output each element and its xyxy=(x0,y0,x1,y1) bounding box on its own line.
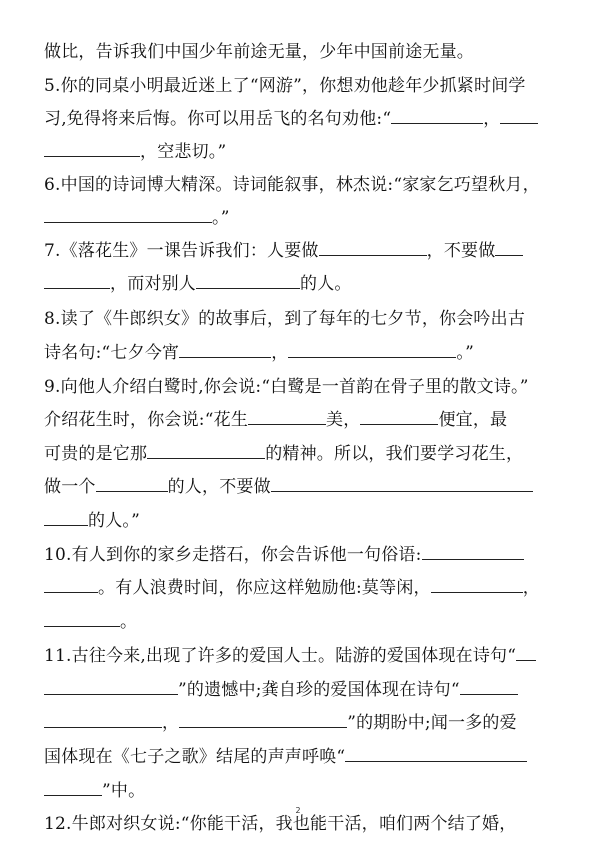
fill-in-blank[interactable] xyxy=(271,473,533,492)
line-text: 的人，不要做 xyxy=(168,477,271,497)
line-text: 的人。” xyxy=(88,511,140,531)
line-text: 美， xyxy=(326,410,360,430)
line-text: 国体现在《七子之歌》结尾的声声呼唤“ xyxy=(44,747,345,767)
line-text: 9.向他人介绍白鹭时,你会说:“白鹭是一首韵在骨子里的散文诗。” xyxy=(44,377,529,397)
text-line: 的人。” xyxy=(44,506,556,536)
fill-in-blank[interactable] xyxy=(147,440,265,459)
line-text: 。 xyxy=(120,612,137,632)
fill-in-blank[interactable] xyxy=(495,237,523,256)
fill-in-blank[interactable] xyxy=(460,676,518,695)
line-text: 便宜，最 xyxy=(438,410,507,430)
fill-in-blank[interactable] xyxy=(360,406,438,425)
line-text: 11.古往今来,出现了许多的爱国人士。陆游的爱国体现在诗句“ xyxy=(44,646,516,666)
text-line: ”中。 xyxy=(44,776,556,806)
line-text: ， xyxy=(523,578,540,598)
text-line: 7.《落花生》一课告诉我们：人要做，不要做 xyxy=(44,236,556,266)
line-text: 的精神。所以，我们要学习花生， xyxy=(265,444,523,464)
fill-in-blank[interactable] xyxy=(196,270,300,289)
text-line: ，”的期盼中;闻一多的爱 xyxy=(44,708,556,738)
fill-in-blank[interactable] xyxy=(96,473,168,492)
text-line: 5.你的同桌小明最近迷上了“网游”，你想劝他趁年少抓紧时间学 xyxy=(44,71,556,101)
line-text: ， xyxy=(483,109,500,129)
fill-in-blank[interactable] xyxy=(500,105,538,124)
fill-in-blank[interactable] xyxy=(516,642,536,661)
text-line: 9.向他人介绍白鹭时,你会说:“白鹭是一首韵在骨子里的散文诗。” xyxy=(44,372,556,402)
fill-in-blank[interactable] xyxy=(179,339,271,358)
line-text: 5.你的同桌小明最近迷上了“网游”，你想劝他趁年少抓紧时间学 xyxy=(44,76,526,96)
page-number: 2 xyxy=(0,806,596,815)
fill-in-blank[interactable] xyxy=(44,204,212,223)
fill-in-blank[interactable] xyxy=(179,709,347,728)
line-text: ， xyxy=(162,713,179,733)
fill-in-blank[interactable] xyxy=(44,138,140,157)
fill-in-blank[interactable] xyxy=(319,237,427,256)
line-text: 可贵的是它那 xyxy=(44,444,147,464)
fill-in-blank[interactable] xyxy=(44,709,162,728)
line-text: 诗名句:“七夕今宵 xyxy=(44,343,179,363)
line-text: 7.《落花生》一课告诉我们：人要做 xyxy=(44,241,319,261)
line-text: ”的遗憾中;龚自珍的爱国体现在诗句“ xyxy=(178,680,460,700)
text-line: 11.古往今来,出现了许多的爱国人士。陆游的爱国体现在诗句“ xyxy=(44,641,556,671)
text-line: 10.有人到你的家乡走搭石，你会告诉他一句俗语: xyxy=(44,540,556,570)
text-line: 。” xyxy=(44,203,556,233)
text-line: 做比，告诉我们中国少年前途无量，少年中国前途无量。 xyxy=(44,37,556,67)
fill-in-blank[interactable] xyxy=(391,105,483,124)
line-text: 。” xyxy=(456,343,474,363)
line-text: ，不要做 xyxy=(427,241,496,261)
line-text: 12.牛郎对织女说:“你能干活，我也能干活，咱们两个结了婚， xyxy=(44,814,516,834)
line-text: 介绍花生时，你会说:“花生 xyxy=(44,410,248,430)
text-line: 。有人浪费时间，你应这样勉励他:莫等闲，， xyxy=(44,573,556,603)
text-line: ，空悲切。” xyxy=(44,137,556,167)
line-text: 做比，告诉我们中国少年前途无量，少年中国前途无量。 xyxy=(44,42,474,62)
line-text: ”中。 xyxy=(102,781,145,801)
line-text: 6.中国的诗词博大精深。诗词能叙事，林杰说:“家家乞巧望秋月， xyxy=(44,175,540,195)
fill-in-blank[interactable] xyxy=(345,743,527,762)
worksheet-page: 做比，告诉我们中国少年前途无量，少年中国前途无量。5.你的同桌小明最近迷上了“网… xyxy=(0,0,596,842)
line-text: ”的期盼中;闻一多的爱 xyxy=(347,713,517,733)
fill-in-blank[interactable] xyxy=(44,270,110,289)
text-line: ，而对别人的人。 xyxy=(44,269,556,299)
text-line: 习,免得将来后悔。你可以用岳飞的名句劝他:“， xyxy=(44,104,556,134)
fill-in-blank[interactable] xyxy=(44,574,98,593)
line-text: 10.有人到你的家乡走搭石，你会告诉他一句俗语: xyxy=(44,545,422,565)
fill-in-blank[interactable] xyxy=(44,608,120,627)
fill-in-blank[interactable] xyxy=(431,574,523,593)
fill-in-blank[interactable] xyxy=(248,406,326,425)
line-text: 的人。 xyxy=(300,274,352,294)
fill-in-blank[interactable] xyxy=(288,339,456,358)
line-text: 8.读了《牛郎织女》的故事后，到了每年的七夕节，你会吟出古 xyxy=(44,309,525,329)
line-text: ， xyxy=(271,343,288,363)
text-line: 。 xyxy=(44,607,556,637)
fill-in-blank[interactable] xyxy=(44,777,102,796)
text-line: 可贵的是它那的精神。所以，我们要学习花生， xyxy=(44,439,556,469)
fill-in-blank[interactable] xyxy=(44,507,88,526)
line-text: ，空悲切。” xyxy=(140,142,226,162)
fill-in-blank[interactable] xyxy=(422,541,524,560)
line-text: 做一个 xyxy=(44,477,96,497)
line-text: 习,免得将来后悔。你可以用岳飞的名句劝他:“ xyxy=(44,109,391,129)
text-line: 介绍花生时，你会说:“花生美，便宜，最 xyxy=(44,405,556,435)
text-line: 8.读了《牛郎织女》的故事后，到了每年的七夕节，你会吟出古 xyxy=(44,304,556,334)
line-text: ，而对别人 xyxy=(110,274,196,294)
line-text: 。” xyxy=(212,208,230,228)
text-line: 诗名句:“七夕今宵，。” xyxy=(44,338,556,368)
text-line: 国体现在《七子之歌》结尾的声声呼唤“ xyxy=(44,742,556,772)
line-text: 。有人浪费时间，你应这样勉励他:莫等闲， xyxy=(98,578,431,598)
text-line: ”的遗憾中;龚自珍的爱国体现在诗句“ xyxy=(44,675,556,705)
text-line: 做一个的人，不要做 xyxy=(44,472,556,502)
text-line: 6.中国的诗词博大精深。诗词能叙事，林杰说:“家家乞巧望秋月， xyxy=(44,170,556,200)
fill-in-blank[interactable] xyxy=(44,676,178,695)
